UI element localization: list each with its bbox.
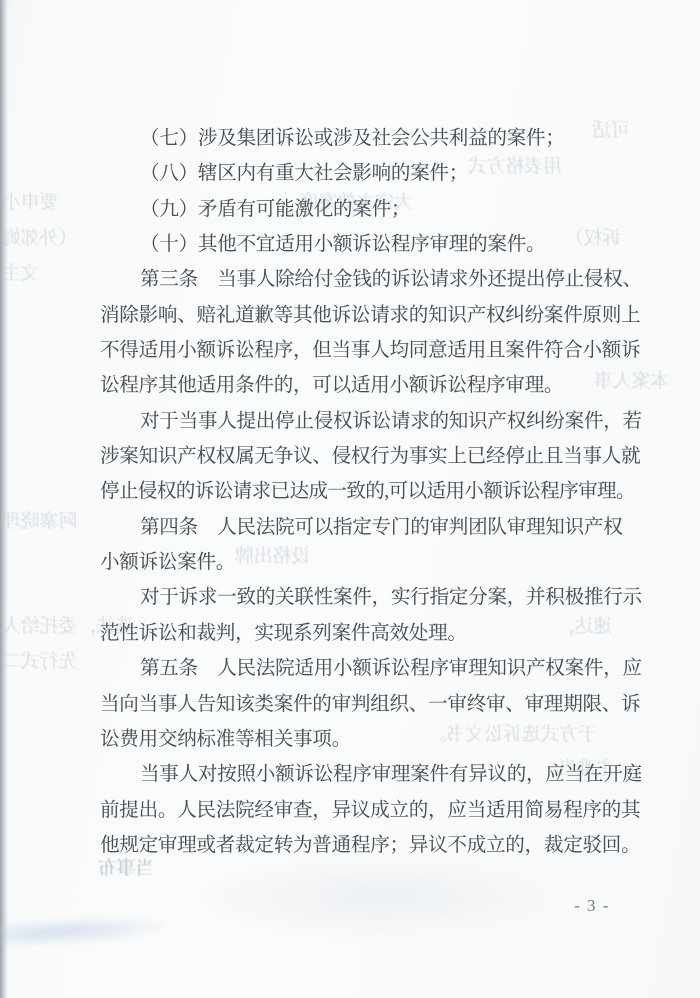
bleed-through-text: 阿寨晓理 bbox=[2, 510, 77, 534]
bleed-through-text: （外郊姆 bbox=[2, 227, 77, 251]
text-line: 对于诉求一致的关联性案件，实行指定分案，并积极推行示 bbox=[100, 580, 652, 615]
text-line: 第三条 当事人除给付金钱的诉讼请求外还提出停止侵权、 bbox=[100, 262, 652, 297]
bleed-through-text: 要申小 bbox=[2, 191, 58, 215]
text-line: 停止侵权的诉讼请求已达成一致的,可以适用小额诉讼程序审理。 bbox=[100, 474, 652, 509]
text-line: （十）其他不宜适用小额诉讼程序审理的案件。 bbox=[100, 227, 652, 262]
scan-edge-shadow bbox=[0, 0, 8, 998]
text-line: 讼费用交纳标准等相关事项。 bbox=[100, 722, 652, 757]
text-line: 他规定审理或者裁定转为普通程序；异议不成立的，裁定驳回。 bbox=[100, 828, 652, 863]
scan-smudge bbox=[170, 852, 590, 942]
bleed-through-text: 文主 bbox=[2, 262, 40, 286]
text-line: 范性诉讼和裁判，实现系列案件高效处理。 bbox=[100, 616, 652, 651]
page-number: - 3 - bbox=[563, 896, 621, 916]
text-line: （八）辖区内有重大社会影响的案件； bbox=[100, 156, 652, 191]
text-line: 当事人对按照小额诉讼程序审理案件有异议的，应当在开庭 bbox=[100, 757, 652, 792]
bleed-through-text: 先行式二 bbox=[2, 650, 77, 674]
text-line: 消除影响、赔礼道歉等其他诉讼请求的知识产权纠纷案件原则上 bbox=[100, 298, 652, 333]
text-line: 小额诉讼案件。 bbox=[100, 545, 652, 580]
text-line: （九）矛盾有可能激化的案件； bbox=[100, 192, 652, 227]
text-line: 前提出。人民法院经审查，异议成立的，应当适用简易程序的其 bbox=[100, 793, 652, 828]
text-line: 不得适用小额诉讼程序，但当事人均同意适用且案件符合小额诉 bbox=[100, 333, 652, 368]
text-line: 对于当事人提出停止侵权诉讼请求的知识产权纠纷案件，若 bbox=[100, 404, 652, 439]
text-line: 第五条 人民法院适用小额诉讼程序审理知识产权案件，应 bbox=[100, 651, 652, 686]
text-line: 当向当事人告知该类案件的审判组织、一审终审、审理期限、诉 bbox=[100, 687, 652, 722]
text-line: 涉案知识产权权属无争议、侵权行为事实上已经停止且当事人就 bbox=[100, 439, 652, 474]
scan-smudge bbox=[0, 913, 164, 948]
scanned-page: 可适 用表格方式 要申小 大宗主效案席 （外郊姆 诉权） 文主 本案人事 阿寨晓… bbox=[0, 0, 700, 998]
text-line: （七）涉及集团诉讼或涉及社会公共利益的案件； bbox=[100, 121, 652, 156]
document-body: （七）涉及集团诉讼或涉及社会公共利益的案件； （八）辖区内有重大社会影响的案件；… bbox=[100, 121, 652, 863]
text-line: 讼程序其他适用条件的，可以适用小额诉讼程序审理。 bbox=[100, 368, 652, 403]
text-line: 第四条 人民法院可以指定专门的审判团队审理知识产权 bbox=[100, 510, 652, 545]
